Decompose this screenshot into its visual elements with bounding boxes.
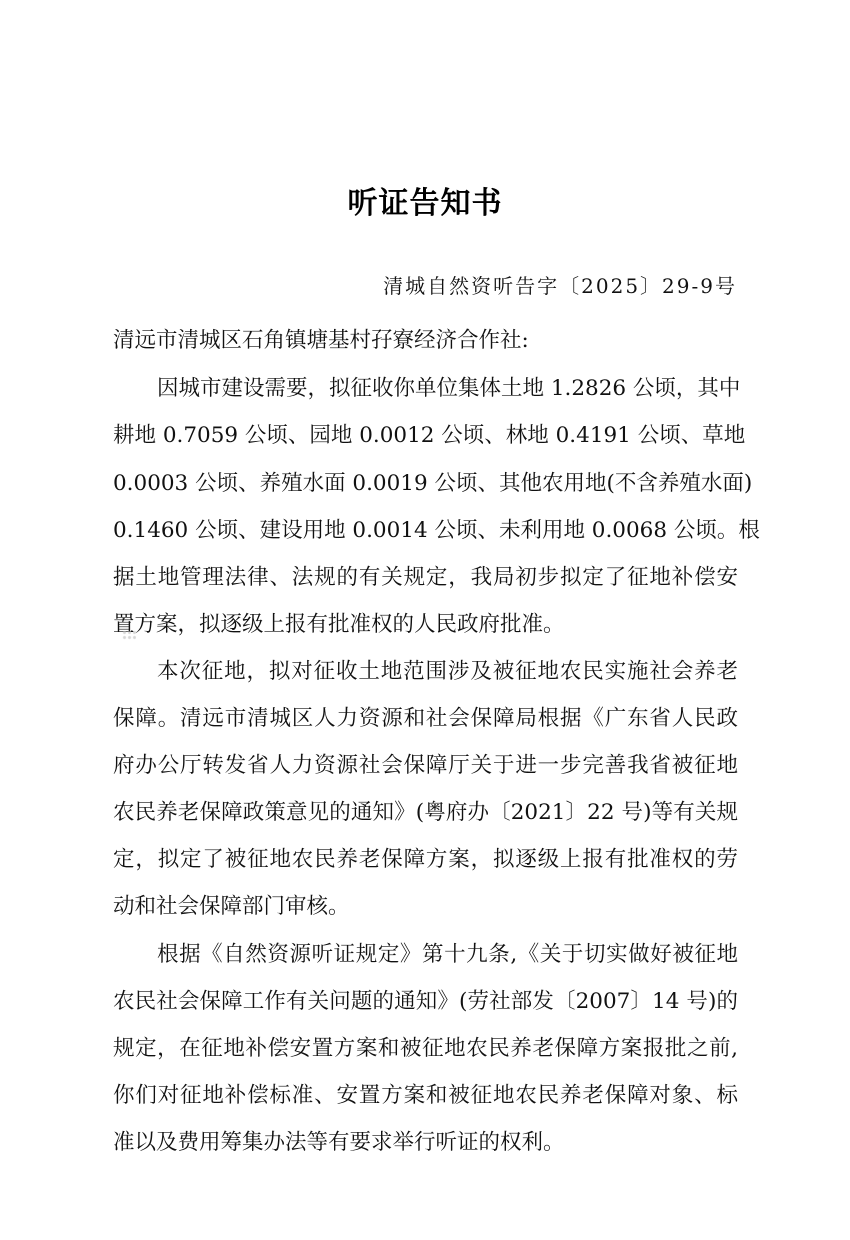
paragraph-2-line: 定，拟定了被征地农民养老保障方案，拟逐级上报有批准权的劳 (113, 845, 738, 875)
paragraph-1-line: 置方案，拟逐级上报有批准权的人民政府批准。 (113, 610, 738, 640)
paragraph-1-line: 0.1460 公顷、建设用地 0.0014 公顷、未利用地 0.0068 公顷。… (113, 516, 738, 546)
paragraph-1-line: 耕地 0.7059 公顷、园地 0.0012 公顷、林地 0.4191 公顷、草… (113, 421, 738, 451)
document-title: 听证告知书 (0, 178, 850, 222)
paragraph-2-line: 本次征地，拟对征收土地范围涉及被征地农民实施社会养老 (157, 657, 738, 687)
paragraph-3-line: 农民社会保障工作有关问题的通知》(劳社部发〔2007〕14 号)的 (113, 987, 738, 1017)
scan-artifact (122, 630, 136, 640)
paragraph-2-line: 农民养老保障政策意见的通知》(粤府办〔2021〕22 号)等有关规 (113, 798, 738, 828)
paragraph-1-line: 0.0003 公顷、养殖水面 0.0019 公顷、其他农用地(不含养殖水面) (113, 469, 738, 499)
paragraph-3-line: 规定，在征地补偿安置方案和被征地农民养老保障方案报批之前, (113, 1034, 738, 1064)
paragraph-1-line: 据土地管理法律、法规的有关规定，我局初步拟定了征地补偿安 (113, 563, 738, 593)
paragraph-2-line: 动和社会保障部门审核。 (113, 892, 738, 922)
paragraph-1-line: 因城市建设需要，拟征收你单位集体土地 1.2826 公顷，其中 (157, 374, 738, 404)
paragraph-3-line: 根据《自然资源听证规定》第十九条,《关于切实做好被征地 (157, 940, 738, 970)
addressee: 清远市清城区石角镇塘基村孖寮经济合作社: (113, 326, 738, 356)
document-number: 清城自然资听告字〔2025〕29-9号 (383, 270, 737, 299)
paragraph-2-line: 保障。清远市清城区人力资源和社会保障局根据《广东省人民政 (113, 704, 738, 734)
paragraph-3-line: 你们对征地补偿标准、安置方案和被征地农民养老保障对象、标 (113, 1081, 738, 1111)
paragraph-3-line: 准以及费用筹集办法等有要求举行听证的权利。 (113, 1128, 738, 1158)
paragraph-2-line: 府办公厅转发省人力资源社会保障厅关于进一步完善我省被征地 (113, 751, 738, 781)
